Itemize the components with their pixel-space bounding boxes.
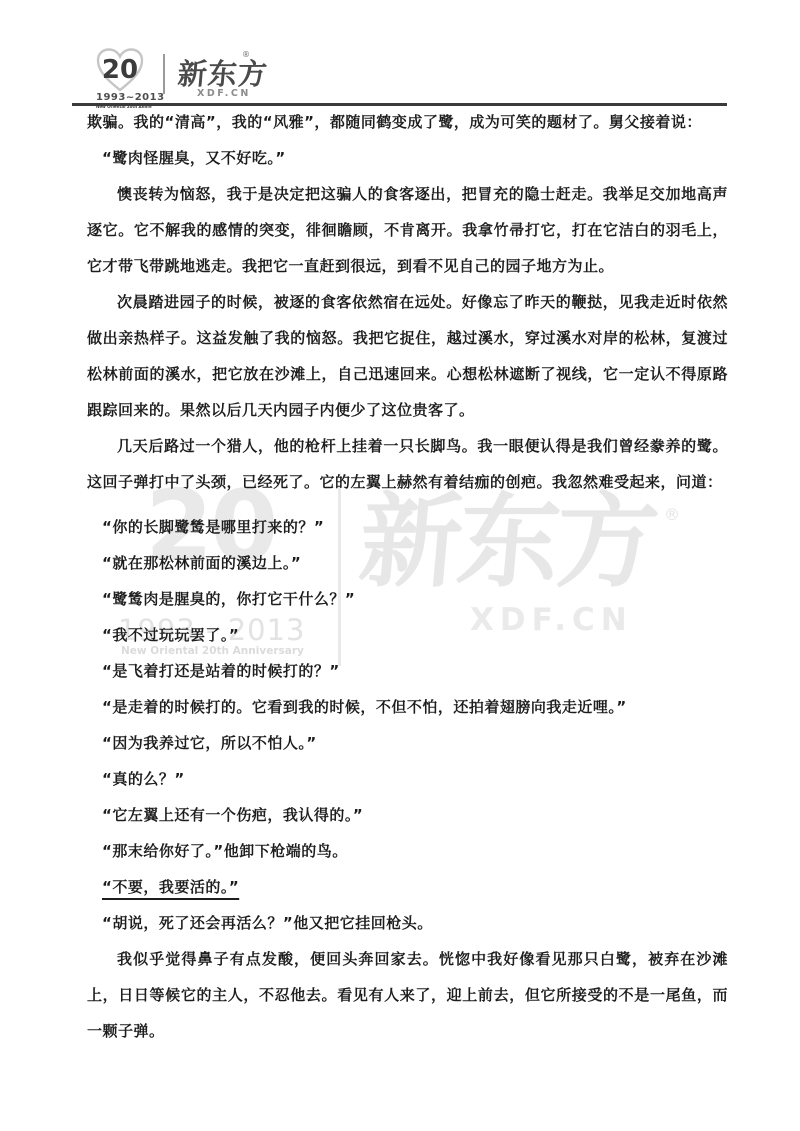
heart-icon: 20: [96, 48, 144, 92]
header-rule: [72, 103, 727, 106]
paragraph: 次晨踏进园子的时候，被逐的食客依然宿在远处。好像忘了昨天的鞭挞，见我走近时依然做…: [87, 284, 728, 428]
brand-logo-text: 新东方: [176, 52, 270, 93]
anniversary-heart-badge: 20: [96, 48, 144, 92]
dialogue-line: “因为我养过它，所以不怕人。”: [87, 725, 728, 761]
dialogue-line: “你的长脚鹭鸶是哪里打来的？”: [87, 509, 728, 545]
paragraph: 欺骗。我的“清高”，我的“风雅”，都随同鹤变成了鹭，成为可笑的题材了。舅父接着说…: [87, 104, 728, 140]
badge-years: 1993~2013: [96, 92, 154, 103]
registered-trademark-icon: ®: [242, 50, 250, 59]
dialogue-line: “它左翼上还有一个伤疤，我认得的。”: [87, 797, 728, 833]
brand-domain-text: XDF.CN: [197, 88, 251, 99]
paragraph: 几天后路过一个猎人，他的枪杆上挂着一只长脚鸟。我一眼便认得是我们曾经豢养的鹭。这…: [87, 428, 728, 500]
dialogue-line: “是飞着打还是站着的时候打的？”: [87, 653, 728, 689]
passage-body: 欺骗。我的“清高”，我的“风雅”，都随同鹤变成了鹭，成为可笑的题材了。舅父接着说…: [87, 104, 728, 1049]
dialogue-line: “是走着的时候打的。它看到我的时候，不但不怕，还拍着翅膀向我走近哩。”: [87, 689, 728, 725]
paragraph: 我似乎觉得鼻子有点发酸，便回头奔回家去。恍惚中我好像看见那只白鹭，被弃在沙滩上，…: [87, 941, 728, 1049]
document-page: 20 1993~2013 New Oriental 20th Anniversa…: [0, 0, 800, 1131]
dialogue-line: “鹭鸶肉是腥臭的，你打它干什么？”: [87, 581, 728, 617]
badge-number: 20: [102, 55, 138, 85]
dialogue-line: “那末给你好了。”他卸下枪端的鸟。: [87, 833, 728, 869]
dialogue-line: “我不过玩玩罢了。”: [87, 617, 728, 653]
header-logo-divider: [163, 54, 165, 94]
paragraph: 懊丧转为恼怒，我于是决定把这骗人的食客逐出，把冒充的隐士赶走。我举足交加地高声逐…: [87, 176, 728, 284]
underlined-dialogue-line: “不要，我要活的。”: [87, 869, 728, 905]
dialogue-line: “鹭肉怪腥臭，又不好吃。”: [87, 140, 728, 176]
dialogue-line: “就在那松林前面的溪边上。”: [87, 545, 728, 581]
dialogue-line: “胡说，死了还会再活么？”他又把它挂回枪头。: [87, 905, 728, 941]
dialogue-line: “真的么？”: [87, 761, 728, 797]
